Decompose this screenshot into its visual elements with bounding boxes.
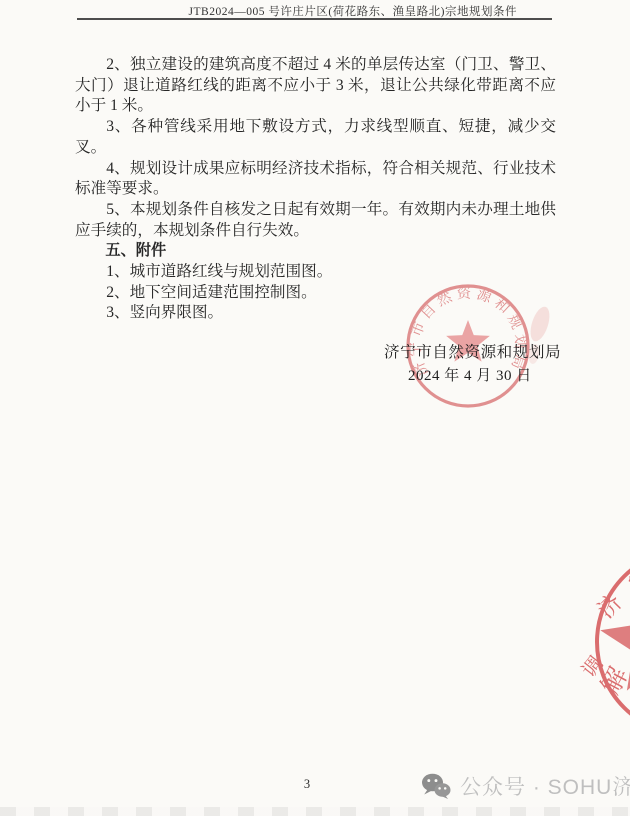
body-paragraph: 5、本规划条件自核发之日起有效期一年。有效期内未办理土地供应手续的，本规划条件自… — [75, 200, 556, 241]
edge-seal-partial: 济 宁 调 解 — [577, 547, 630, 747]
attachment-item: 1、城市道路红线与规划范围图。 — [75, 262, 556, 283]
signature-date: 2024 年 4 月 30 日 — [408, 364, 532, 385]
section-heading-attachments: 五、附件 — [75, 241, 556, 262]
page-number: 3 — [296, 777, 318, 792]
watermark-text: 公众号 · SOHU济宁 — [460, 771, 630, 801]
seal-smudge — [527, 304, 553, 343]
body-paragraph: 3、各种管线采用地下敷设方式，力求线型顺直、短捷，减少交叉。 — [75, 117, 556, 158]
watermark: 公众号 · SOHU济宁 — [421, 770, 630, 802]
document-header-reference: JTB2024—005 号许庄片区(荷花路东、渔皇路北)宗地规划条件 — [189, 3, 517, 19]
signature-issuer: 济宁市自然资源和规划局 — [384, 340, 561, 362]
header-divider-line — [77, 18, 552, 20]
wechat-icon — [421, 773, 451, 800]
body-paragraph: 4、规划设计成果应标明经济技术指标，符合相关规范、行业技术标准等要求。 — [75, 159, 556, 200]
scanned-document-page: JTB2024—005 号许庄片区(荷花路东、渔皇路北)宗地规划条件 2、独立建… — [0, 0, 630, 816]
body-paragraph: 2、独立建设的建筑高度不超过 4 米的单层传达室（门卫、警卫、大门）退让道路红线… — [75, 55, 556, 117]
edge-seal-char: 济 — [593, 589, 627, 623]
